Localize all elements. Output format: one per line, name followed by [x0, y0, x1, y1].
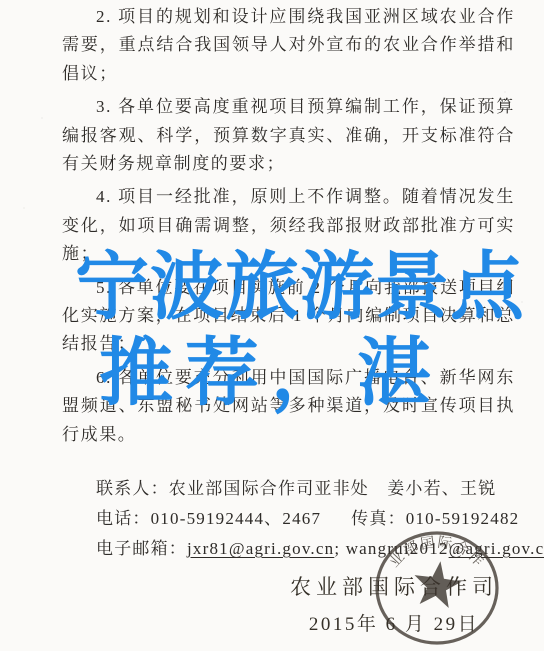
star-icon [411, 558, 464, 609]
contact-person-line: 联系人：农业部国际合作司亚非处 姜小若、王锐 [96, 474, 515, 504]
paragraph-item-2: 2. 项目的规划和设计应围绕我国亚洲区域农业合作需要，重点结合我国领导人对外宣布… [62, 3, 515, 88]
email-separator: ; [334, 539, 345, 558]
watermark-line-1: 宁波旅游景点 [75, 250, 525, 324]
svg-text:农业部国际合作司: 农业部国际合作司 [371, 529, 488, 571]
seal-arc-text: 农业部国际合作司 [371, 529, 488, 571]
email-address-1: jxr81@agri.gov.cn [187, 539, 334, 558]
fax-number: 010-59192482 [406, 509, 520, 528]
phone-numbers: 010-59192444、2467 [151, 509, 322, 528]
watermark-line-2: 推荐，湛 [99, 336, 443, 410]
phone-label: 电话： [96, 509, 151, 528]
official-seal: 农业部国际合作司 [371, 529, 505, 651]
paragraph-item-3: 3. 各单位要高度重视项目预算编制工作，保证预算编报客观、科学，预算数字真实、准… [62, 93, 515, 178]
scanned-document-page: 2. 项目的规划和设计应围绕我国亚洲区域农业合作需要，重点结合我国领导人对外宣布… [0, 0, 544, 651]
email-label: 电子邮箱： [96, 539, 187, 558]
fax-label: 传真： [351, 509, 406, 528]
